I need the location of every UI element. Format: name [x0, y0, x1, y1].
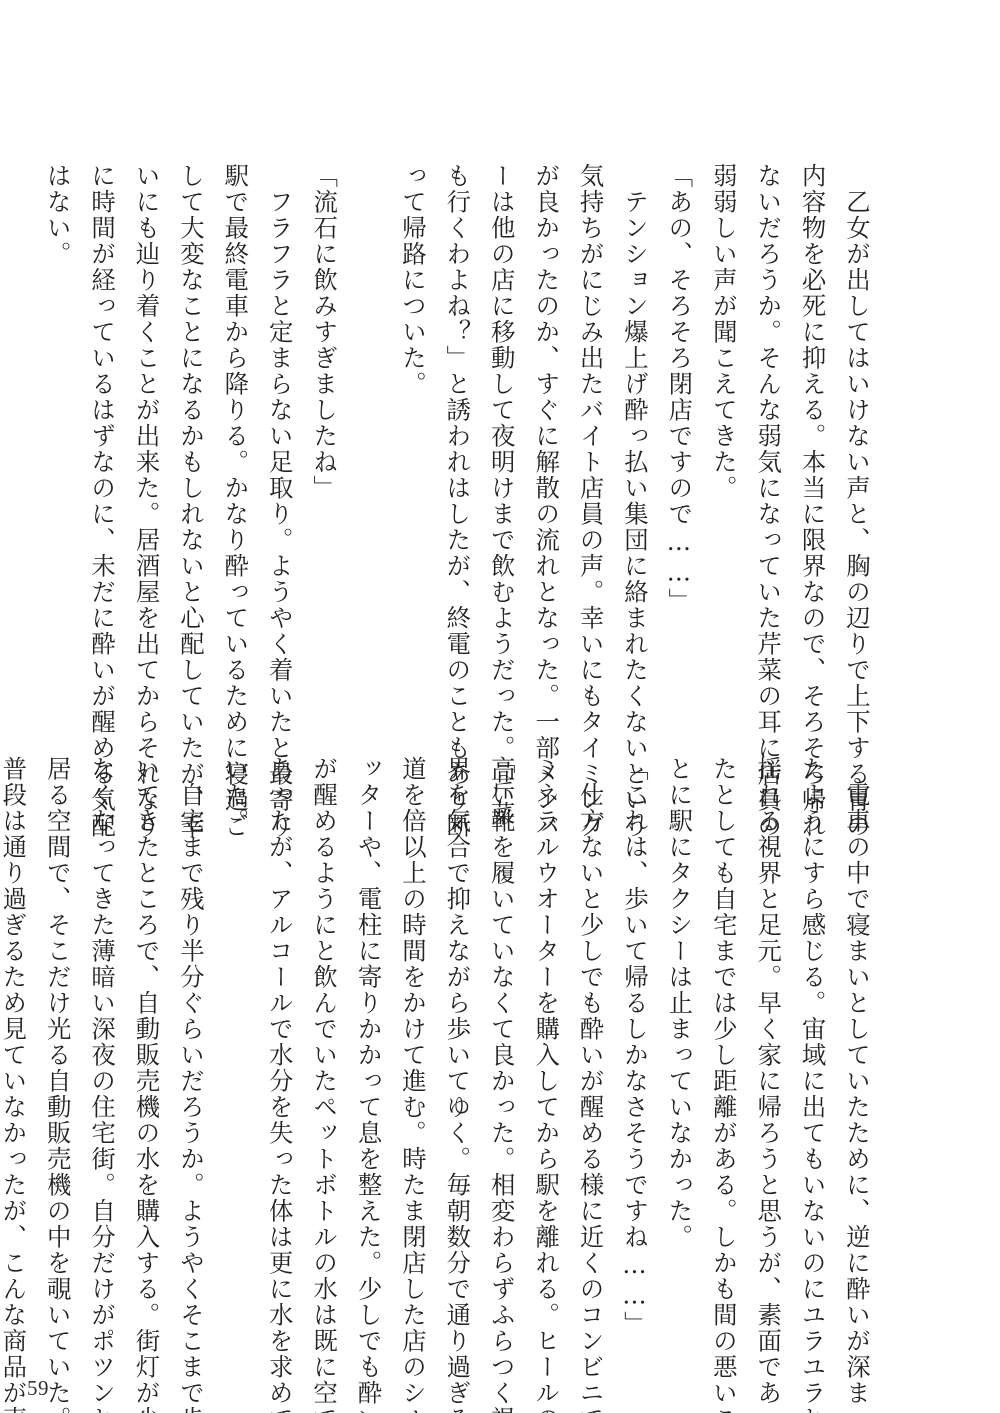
text-column: 居る空間で、そこだけ光る自動販売機の中を覗いていた。: [34, 756, 78, 1296]
text-column: ーは他の店に移動して夜明けまで飲むようだった。「芹菜: [478, 163, 522, 703]
text-column: とに駅にタクシーは止まっていなかった。: [656, 756, 700, 1296]
text-column: 弱弱しい声が聞こえてきた。: [700, 163, 744, 703]
novel-page: 乙女が出してはいけない声と、胸の辺りで上下する胃の 内容物を必死に抑える。本当に…: [0, 0, 1000, 1413]
text-column: いにも辿り着くことが出来た。居酒屋を出てからそれなり: [123, 163, 167, 703]
text-column: いてきたところで、自動販売機の水を購入する。街灯が少: [123, 756, 167, 1296]
text-column: フラフラと定まらない足取り。ようやく着いたと最寄り: [256, 163, 300, 703]
text-column: いた。: [212, 756, 256, 1296]
text-column: 揺れる視界と足元。早く家に帰ろうと思うが、素面であっ: [745, 756, 789, 1296]
blank-column-spacer: [345, 163, 389, 703]
text-column: して大変なことになるかもしれないと心配していたが、幸: [168, 163, 212, 703]
text-column: あったが、アルコールで水分を失った体は更に水を求めて: [256, 756, 300, 1296]
bottom-text-band: 電車の中で寝まいとしていたために、逆に酔いが深まっ たようにすら感じる。宙域に出…: [0, 756, 878, 1296]
text-column: 内容物を必死に抑える。本当に限界なので、そろそろ帰れ: [789, 163, 833, 703]
text-column: たようにすら感じる。宙域に出てもいないのにユラユラと: [789, 756, 833, 1296]
text-column: ッターや、電柱に寄りかかって息を整えた。少しでも酔い: [345, 756, 389, 1296]
text-column: たとしても自宅までは少し距離がある。しかも間の悪いこ: [700, 756, 744, 1296]
text-column: 自宅まで残り半分ぐらいだろうか。ようやくそこまで歩: [168, 756, 212, 1296]
text-column: に時間が経っているはずなのに、未だに酔いが醒める気配: [79, 163, 123, 703]
text-column: なくなってきた薄暗い深夜の住宅街。自分だけがポツンと: [79, 756, 123, 1296]
page-number: 59: [27, 1376, 49, 1401]
top-text-band: 乙女が出してはいけない声と、胸の辺りで上下する胃の 内容物を必死に抑える。本当に…: [34, 163, 878, 703]
text-column: ミネラルウオーターを購入してから駅を離れる。ヒールの: [523, 756, 567, 1296]
text-column: 仕方ないと少しでも酔いが醒める様に近くのコンビニで: [567, 756, 611, 1296]
text-column: も行くわよね？」と誘われはしたが、終電のこともあり断: [434, 163, 478, 703]
text-column: 「あの、そろそろ閉店ですので……」: [656, 163, 700, 703]
text-column: 「流石に飲みすぎましたね」: [301, 163, 345, 703]
text-column: 界を気合で抑えながら歩いてゆく。毎朝数分で通り過ぎる: [434, 756, 478, 1296]
text-column: テンション爆上げ酔っ払い集団に絡まれたくないという: [612, 163, 656, 703]
text-column: 道を倍以上の時間をかけて進む。時たま閉店した店のシャ: [390, 756, 434, 1296]
text-column: 気持ちがにじみ出たバイト店員の声。幸いにもタイミング: [567, 163, 611, 703]
text-column: 駅で最終電車から降りる。かなり酔っているために寝過ご: [212, 163, 256, 703]
text-column: って帰路についた。: [390, 163, 434, 703]
text-column: が良かったのか、すぐに解散の流れとなった。一部メンバ: [523, 163, 567, 703]
text-column: はない。: [34, 163, 78, 703]
text-column: 電車の中で寝まいとしていたために、逆に酔いが深まっ: [834, 756, 878, 1296]
text-column: が醒めるようにと飲んでいたペットボトルの水は既に空で: [301, 756, 345, 1296]
text-column: 高い靴を履いていなくて良かった。相変わらずふらつく視: [478, 756, 522, 1296]
text-column: 普段は通り過ぎるため見ていなかったが、こんな商品が売: [0, 756, 34, 1296]
text-column: 「これは、歩いて帰るしかなさそうですね……」: [612, 756, 656, 1296]
text-column: ないだろうか。そんな弱気になっていた芹菜の耳に店員の: [745, 163, 789, 703]
text-column: 乙女が出してはいけない声と、胸の辺りで上下する胃の: [834, 163, 878, 703]
